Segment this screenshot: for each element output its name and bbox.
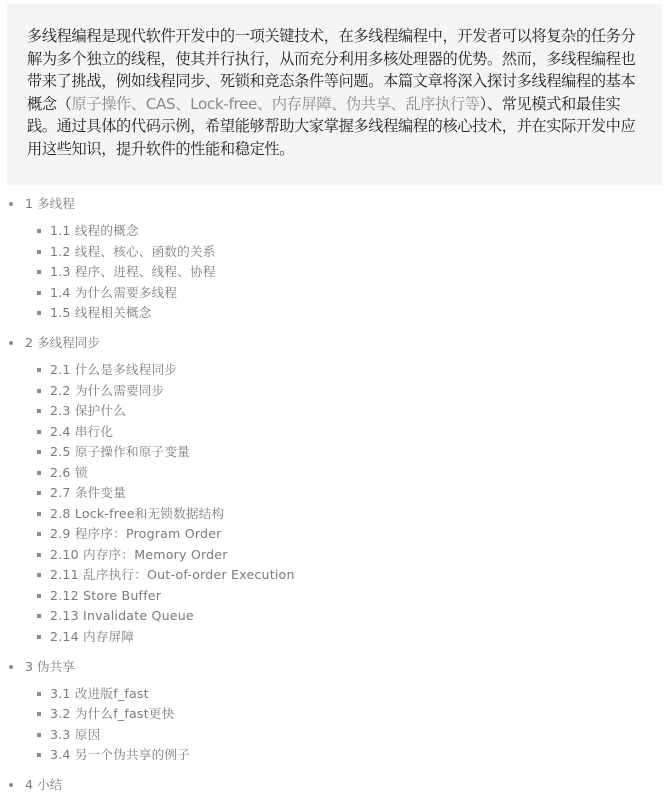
toc-subsection-link[interactable]: 1.3 程序、进程、线程、协程 bbox=[25, 262, 671, 283]
toc-subsection-link[interactable]: 1.2 线程、核心、函数的关系 bbox=[25, 242, 671, 263]
toc-subsection-list: 2.1 什么是多线程同步 2.2 为什么需要同步 2.3 保护什么 2.4 串行… bbox=[25, 360, 671, 647]
toc-subsection-link[interactable]: 2.5 原子操作和原子变量 bbox=[25, 442, 671, 463]
toc-section-2: 2 多线程同步 2.1 什么是多线程同步 2.2 为什么需要同步 2.3 保护什… bbox=[0, 333, 671, 647]
toc-section-3: 3 伪共享 3.1 改进版f_fast 3.2 为什么f_fast更快 3.3 … bbox=[0, 657, 671, 766]
toc-subsection-link[interactable]: 2.4 串行化 bbox=[25, 422, 671, 443]
toc-subsection-link[interactable]: 2.7 条件变量 bbox=[25, 483, 671, 504]
toc-subsection-link[interactable]: 1.4 为什么需要多线程 bbox=[25, 283, 671, 304]
toc-subsection-link[interactable]: 1.1 线程的概念 bbox=[25, 221, 671, 242]
toc-subsection-link[interactable]: 2.1 什么是多线程同步 bbox=[25, 360, 671, 381]
toc-subsection-link[interactable]: 2.11 乱序执行：Out-of-order Execution bbox=[25, 565, 671, 586]
intro-blockquote: 多线程编程是现代软件开发中的一项关键技术，在多线程编程中，开发者可以将复杂的任务… bbox=[7, 4, 662, 185]
intro-topics-list: 原子操作、CAS、Lock-free、内存屏障、伪共享、乱序执行等 bbox=[72, 95, 480, 113]
toc-subsection-link[interactable]: 2.6 锁 bbox=[25, 463, 671, 484]
toc-section-link[interactable]: 4 小结 bbox=[25, 775, 671, 796]
toc-subsection-link[interactable]: 3.3 原因 bbox=[25, 725, 671, 746]
toc-subsection-link[interactable]: 1.5 线程相关概念 bbox=[25, 303, 671, 324]
toc-subsection-link[interactable]: 2.9 程序序：Program Order bbox=[25, 524, 671, 545]
toc-section-link[interactable]: 3 伪共享 bbox=[25, 657, 671, 678]
toc-section-link[interactable]: 2 多线程同步 bbox=[25, 333, 671, 354]
toc-section-link[interactable]: 1 多线程 bbox=[25, 194, 671, 215]
toc-subsection-link[interactable]: 2.12 Store Buffer bbox=[25, 586, 671, 607]
toc-subsection-link[interactable]: 2.3 保护什么 bbox=[25, 401, 671, 422]
toc-subsection-link[interactable]: 3.4 另一个伪共享的例子 bbox=[25, 745, 671, 766]
toc-subsection-list: 3.1 改进版f_fast 3.2 为什么f_fast更快 3.3 原因 3.4… bbox=[25, 684, 671, 766]
toc-subsection-link[interactable]: 3.1 改进版f_fast bbox=[25, 684, 671, 705]
toc-subsection-link[interactable]: 2.13 Invalidate Queue bbox=[25, 606, 671, 627]
intro-paragraph: 多线程编程是现代软件开发中的一项关键技术，在多线程编程中，开发者可以将复杂的任务… bbox=[27, 25, 646, 161]
toc-section-4: 4 小结 bbox=[0, 775, 671, 796]
toc-subsection-list: 1.1 线程的概念 1.2 线程、核心、函数的关系 1.3 程序、进程、线程、协… bbox=[25, 221, 671, 324]
toc-subsection-link[interactable]: 3.2 为什么f_fast更快 bbox=[25, 704, 671, 725]
toc-subsection-link[interactable]: 2.8 Lock-free和无锁数据结构 bbox=[25, 504, 671, 525]
toc-subsection-link[interactable]: 2.14 内存屏障 bbox=[25, 627, 671, 648]
table-of-contents: 1 多线程 1.1 线程的概念 1.2 线程、核心、函数的关系 1.3 程序、进… bbox=[0, 194, 671, 796]
toc-subsection-link[interactable]: 2.10 内存序：Memory Order bbox=[25, 545, 671, 566]
toc-section-1: 1 多线程 1.1 线程的概念 1.2 线程、核心、函数的关系 1.3 程序、进… bbox=[0, 194, 671, 324]
toc-subsection-link[interactable]: 2.2 为什么需要同步 bbox=[25, 381, 671, 402]
